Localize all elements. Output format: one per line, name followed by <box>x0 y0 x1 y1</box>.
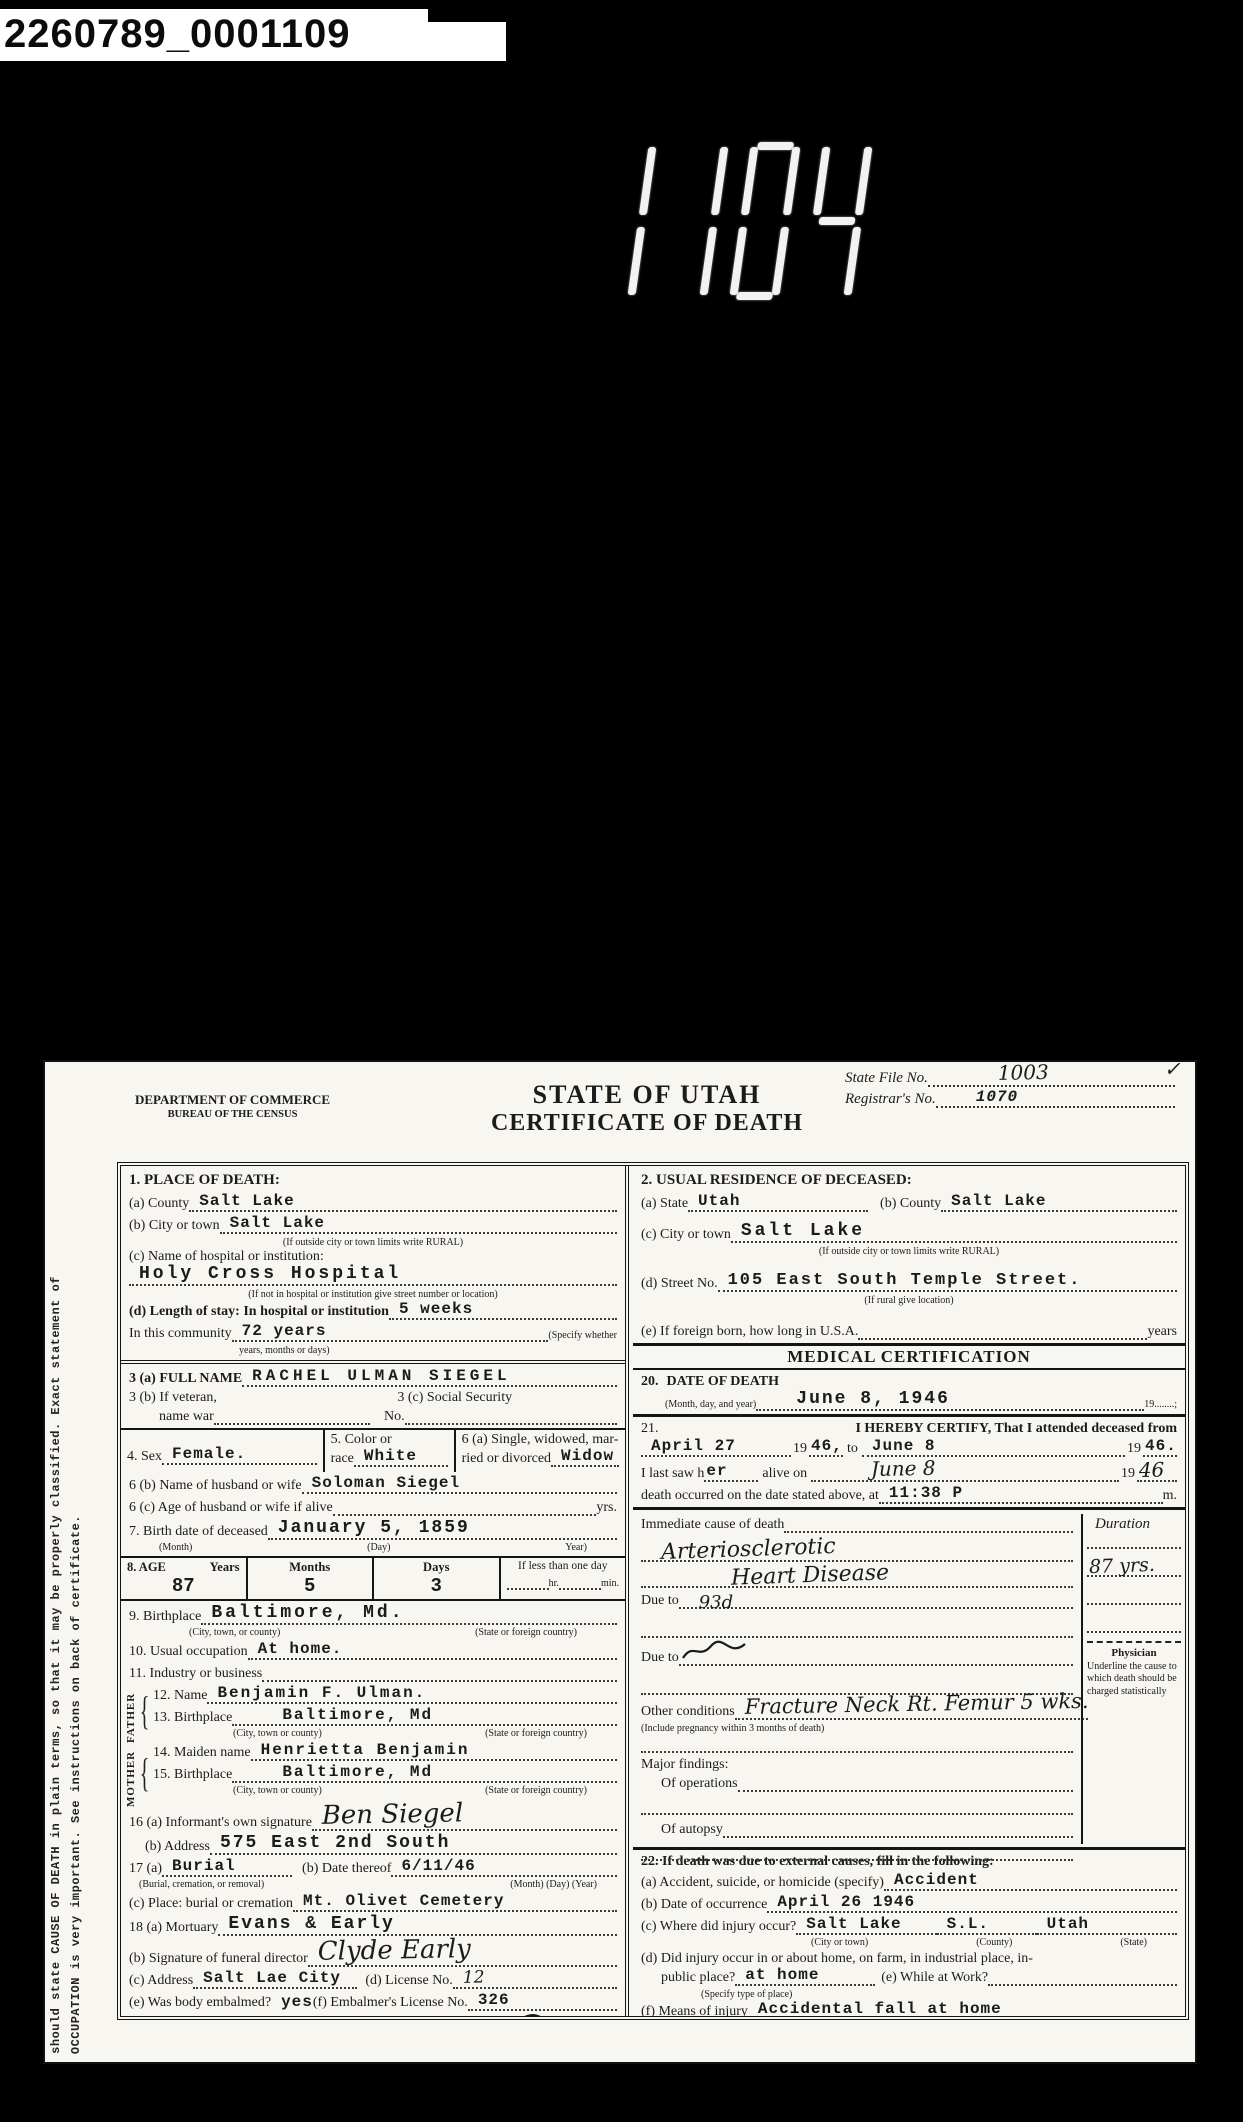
spouse-label: 6 (b) Name of husband or wife <box>129 1478 302 1494</box>
burial-place-label: (c) Place: burial or cremation <box>129 1896 293 1912</box>
res-county-value: Salt Lake <box>941 1193 1046 1210</box>
embalmer-label: (f) Embalmer's License No. <box>313 1995 468 2011</box>
dod-suffix: 19........; <box>1144 1399 1177 1411</box>
mother-bp-value: Baltimore, Md <box>232 1764 433 1781</box>
ext-c-county: S.L. <box>937 1916 989 1933</box>
age-days-cell: Days 3 <box>372 1558 499 1599</box>
ext-f-label: (f) Means of injury <box>641 2004 748 2020</box>
other-conditions-row: Other conditions Fracture Neck Rt. Femur… <box>641 1697 1073 1720</box>
birthdate-row: 7. Birth date of deceased January 5, 185… <box>129 1519 617 1540</box>
informant-sig-row: 16 (a) Informant's own signature Ben Sie… <box>129 1803 617 1831</box>
microfilm-scan-page: 2260789_0001109 should state CAUSE OF DE… <box>0 0 1243 2122</box>
informant-signature: Ben Siegel <box>311 1800 463 1829</box>
mortuary-value: Evans & Early <box>218 1915 394 1934</box>
dod-row: 20. DATE OF DEATH <box>641 1374 1177 1390</box>
immediate-cause-value2: Heart Disease <box>731 1560 890 1591</box>
burial-date-label: (b) Date thereof <box>292 1861 391 1877</box>
fullname-row: 3 (a) FULL NAME RACHEL ULMAN SIEGEL <box>129 1368 617 1387</box>
agency-bureau: BUREAU OF THE CENSUS <box>135 1108 330 1121</box>
industry-row: 11. Industry or business <box>129 1663 617 1682</box>
age-years-cell: 8. AGE Years 87 <box>121 1558 246 1599</box>
sex-value: Female. <box>162 1446 246 1463</box>
divider <box>633 1414 1185 1417</box>
scan-edge-notch <box>428 9 506 22</box>
city-note: (If outside city or town limits write RU… <box>129 1237 617 1249</box>
ext-a-label: (a) Accident, suicide, or homicide (spec… <box>641 1875 884 1891</box>
mother-name-value: Henrietta Benjamin <box>251 1742 470 1759</box>
registrar-signature-scribble <box>378 2014 578 2020</box>
county-row: (a) County Salt Lake <box>129 1193 617 1212</box>
stay-value: 5 weeks <box>389 1301 473 1318</box>
file-numbers: State File No. 1003 ✓ Registrar's No. 10… <box>845 1070 1175 1112</box>
parent-bp-note1: (City, town or county) <box>233 1728 322 1740</box>
marital-value: Widow <box>551 1448 614 1465</box>
age-years-label: Years <box>210 1560 240 1575</box>
duration-line <box>1087 1605 1181 1633</box>
mortuary-label: 18 (a) Mortuary <box>129 1920 218 1936</box>
community-row: In this community 72 years (Specify whet… <box>129 1323 617 1342</box>
age-days-value: 3 <box>380 1575 493 1597</box>
age-days-label: Days <box>423 1560 449 1575</box>
city-value: Salt Lake <box>220 1215 325 1232</box>
death-certificate: should state CAUSE OF DEATH in plain ter… <box>45 1062 1195 2062</box>
res-state-value: Utah <box>688 1193 740 1210</box>
ext-a-row: (a) Accident, suicide, or homicide (spec… <box>641 1872 1177 1891</box>
age-min-label: min. <box>601 1578 619 1590</box>
note-year: Year) <box>565 1542 587 1554</box>
occurred-row: death occurred on the date stated above,… <box>641 1485 1177 1504</box>
marital-cell: 6 (a) Single, widowed, mar- ried or divo… <box>454 1430 625 1472</box>
res-city-label: (c) City or town <box>641 1227 731 1243</box>
burial-type-note: (Burial, cremation, or removal) <box>139 1879 264 1891</box>
mother-side-label: MOTHER <box>125 1747 137 1807</box>
mother-bp-label: 15. Birthplace <box>153 1767 232 1783</box>
community-label: In this community <box>129 1326 232 1342</box>
residence-heading: 2. USUAL RESIDENCE OF DECEASED: <box>641 1172 1177 1189</box>
stay-row: (d) Length of stay: In hospital or insti… <box>129 1301 617 1320</box>
duration-line <box>1087 1533 1181 1549</box>
ext-d-value: at home <box>735 1967 819 1984</box>
agency-block: DEPARTMENT OF COMMERCE BUREAU OF THE CEN… <box>135 1092 330 1121</box>
cause-line: Arteriosclerotic <box>641 1536 1073 1562</box>
ext-c-note3: (State) <box>1120 1937 1147 1949</box>
res-street-label: (d) Street No. <box>641 1276 718 1292</box>
burial-date-value: 6/11/46 <box>391 1858 475 1875</box>
veteran-sub: name war <box>129 1409 214 1425</box>
year-prefix3: 19 <box>1119 1466 1137 1482</box>
color-cell: 5. Color or race White <box>323 1430 454 1472</box>
attended-from-year: 46, <box>809 1438 843 1455</box>
section-divider <box>121 1360 625 1364</box>
father-brace: { <box>140 1687 150 1734</box>
age-label: 8. AGE <box>127 1560 166 1575</box>
parents-side-labels: FATHER { MOTHER { <box>123 1685 145 1797</box>
dod-sub: (Month, day, and year) <box>641 1399 756 1411</box>
lastsaw-value: June 8 <box>811 1458 936 1480</box>
res-city-note: (If outside city or town limits write RU… <box>641 1246 1177 1258</box>
birthplace-row: 9. Birthplace Baltimore, Md. <box>129 1604 617 1625</box>
ext-a-value: Accident <box>884 1872 979 1889</box>
margin-note-outer: should state CAUSE OF DEATH in plain ter… <box>49 1276 63 2054</box>
spouse-value: Soloman Siegel <box>302 1475 460 1492</box>
lastsaw-year: 46 <box>1137 1460 1165 1480</box>
res-street-note: (If rural give location) <box>641 1295 1177 1307</box>
mother-name-label: 14. Maiden name <box>153 1745 251 1761</box>
physician-title: Physician <box>1087 1647 1181 1661</box>
burial-notes: (Burial, cremation, or removal) (Month) … <box>129 1879 617 1891</box>
director-sig-row: (b) Signature of funeral director Clyde … <box>129 1939 617 1967</box>
father-bp-label: 13. Birthplace <box>153 1710 232 1726</box>
ext-c-note2: (County) <box>976 1937 1012 1949</box>
industry-label: 11. Industry or business <box>129 1666 262 1682</box>
age-less-label: If less than one day <box>518 1560 607 1572</box>
scan-id-text: 2260789_0001109 <box>4 12 350 57</box>
marital-label: 6 (a) Single, widowed, mar- <box>462 1432 619 1448</box>
stay-note: (Specify whether <box>548 1330 617 1342</box>
embalmer-value: 326 <box>468 1992 510 2009</box>
informant-sig-label: 16 (a) Informant's own signature <box>129 1815 312 1831</box>
note-month: (Month) <box>159 1542 192 1554</box>
title-state: STATE OF UTAH <box>447 1080 847 1110</box>
operations-label: Of operations <box>641 1776 738 1792</box>
mother-brace: { <box>140 1749 150 1796</box>
registrar-no-value: 1070 <box>966 1089 1018 1106</box>
immediate-cause-value: Arteriosclerotic <box>661 1534 836 1565</box>
residence-state-row: (a) State Utah (b) County Salt Lake <box>641 1193 1177 1212</box>
hospital-row: Holy Cross Hospital <box>129 1265 617 1286</box>
foreign-suffix: years <box>1147 1324 1177 1340</box>
ext-c-note1: (City or town) <box>811 1937 868 1949</box>
ext-d-label2: public place? <box>641 1970 735 1986</box>
informant-addr-value: 575 East 2nd South <box>210 1834 450 1853</box>
dod-value: June 8, 1946 <box>756 1390 950 1409</box>
veteran-ssn-row2: name war No. <box>129 1406 617 1425</box>
counter-display <box>596 142 862 300</box>
age-years-value: 87 <box>127 1575 240 1597</box>
ext-b-label: (b) Date of occurrence <box>641 1897 767 1913</box>
occupation-label: 10. Usual occupation <box>129 1644 248 1660</box>
attended-to-value: June 8 <box>862 1438 936 1455</box>
birthplace-value: Baltimore, Md. <box>201 1604 404 1623</box>
burial-num-label: 17 (a) <box>129 1861 162 1877</box>
informant-addr-row: (b) Address 575 East 2nd South <box>129 1834 617 1855</box>
ext-c-city: Salt Lake <box>796 1916 901 1933</box>
lastsaw-row: I last saw h er alive on June 8 19 46 <box>641 1460 1177 1482</box>
sex-color-marital-band: 4. Sex Female. 5. Color or race White 6 … <box>121 1428 625 1472</box>
major-findings-label: Major findings: <box>641 1757 1073 1773</box>
burial-type-row: 17 (a) Burial (b) Date thereof 6/11/46 <box>129 1858 617 1877</box>
handwritten-scribble <box>679 1640 749 1664</box>
parent-bp-note2: (State or foreign country) <box>485 1728 587 1740</box>
cause-line <box>641 1735 1073 1753</box>
city-row: (b) City or town Salt Lake <box>129 1215 617 1234</box>
father-bp-notes: (City, town or county) (State or foreign… <box>153 1728 617 1740</box>
physician-note-text: Underline the cause to which death shoul… <box>1087 1661 1181 1699</box>
margin-note-inner: OCCUPATION is very important. See instru… <box>69 1515 83 2054</box>
age-table: 8. AGE Years 87 Months 5 Days 3 If <box>121 1556 625 1601</box>
burial-type-value: Burial <box>162 1858 236 1875</box>
other-conditions-value: Fracture Neck Rt. Femur 5 wks. <box>734 1691 1088 1718</box>
father-name-row: 12. Name Benjamin F. Ulman. <box>153 1685 617 1704</box>
occurred-suffix: m. <box>1163 1488 1177 1504</box>
cause-annotation: 93d <box>699 1592 733 1613</box>
county-value: Salt Lake <box>189 1193 294 1210</box>
duration-line <box>1087 1577 1181 1605</box>
year-prefix2: 19 <box>1125 1441 1143 1457</box>
age-hr-label: hr. <box>549 1578 559 1590</box>
spouse-age-label: 6 (c) Age of husband or wife if alive <box>129 1500 333 1516</box>
cause-of-death-block: Immediate cause of death Arterioscleroti… <box>641 1514 1177 1844</box>
parent-bp-note1b: (City, town or county) <box>233 1785 322 1797</box>
birthplace-label: 9. Birthplace <box>129 1609 201 1625</box>
informant-addr-label: (b) Address <box>129 1839 210 1855</box>
father-name-label: 12. Name <box>153 1688 207 1704</box>
cause-line: Heart Disease <box>641 1562 1073 1588</box>
county-label: (a) County <box>129 1196 189 1212</box>
due1-label: Due to <box>641 1593 679 1609</box>
burial-place-row: (c) Place: burial or cremation Mt. Olive… <box>129 1893 617 1912</box>
ext-e-label: (e) While at Work? <box>875 1970 988 1986</box>
dashed-divider <box>1087 1637 1181 1643</box>
dod-num: 20. <box>641 1374 659 1390</box>
community-note: years, months or days) <box>129 1345 617 1357</box>
director-addr-value: Salt Lae City <box>193 1970 341 1987</box>
spouse-age-suffix: yrs. <box>596 1500 617 1516</box>
duration-line: 87 yrs. <box>1087 1549 1181 1577</box>
occurred-value: 11:38 P <box>879 1485 963 1502</box>
mother-bp-row: 15. Birthplace Baltimore, Md <box>153 1764 617 1783</box>
due2-label: Due to <box>641 1650 679 1666</box>
ssn-label: 3 (c) Social Security <box>397 1390 512 1406</box>
due-to-2-row: Due to <box>641 1640 1073 1666</box>
res-city-value: Salt Lake <box>731 1222 865 1241</box>
spouse-age-row: 6 (c) Age of husband or wife if alive yr… <box>129 1497 617 1516</box>
embalmed-row: (e) Was body embalmed? yes (f) Embalmer'… <box>129 1992 617 2011</box>
marital-sub: ried or divorced <box>462 1451 551 1467</box>
birthplace-notes: (City, town, or county) (State or foreig… <box>129 1627 617 1639</box>
mortuary-row: 18 (a) Mortuary Evans & Early <box>129 1915 617 1936</box>
operations-row: Of operations <box>641 1773 1073 1792</box>
age-months-value: 5 <box>254 1575 367 1597</box>
ext-c-state: Utah <box>1037 1916 1089 1933</box>
burial-date-note: (Month) (Day) (Year) <box>510 1879 597 1891</box>
director-signature: Clyde Early <box>307 1936 471 1965</box>
cause-line <box>641 1841 1073 1861</box>
attended-row: April 27 19 46, to June 8 19 46. <box>641 1438 1177 1457</box>
left-column: 1. PLACE OF DEATH: (a) County Salt Lake … <box>121 1166 629 2016</box>
duration-value: 87 yrs. <box>1089 1554 1156 1578</box>
res-street-value: 105 East South Temple Street. <box>718 1272 1082 1290</box>
registrar-no-line: 1070 <box>936 1092 1175 1108</box>
burial-place-value: Mt. Olivet Cemetery <box>293 1893 504 1910</box>
ext-c-row: (c) Where did injury occur? Salt Lake S.… <box>641 1916 1177 1935</box>
state-file-value: 1003 <box>988 1062 1049 1083</box>
bp-note1: (City, town, or county) <box>189 1627 280 1639</box>
director-addr-label: (c) Address <box>129 1973 193 1989</box>
autopsy-row: Of autopsy <box>641 1819 1073 1838</box>
veteran-label: 3 (b) If veteran, <box>129 1390 397 1406</box>
birthdate-value: January 5, 1859 <box>268 1519 470 1538</box>
checkmark: ✓ <box>1154 1059 1181 1079</box>
other-conditions-label: Other conditions <box>641 1704 735 1720</box>
spouse-row: 6 (b) Name of husband or wife Soloman Si… <box>129 1475 617 1494</box>
certify-num: 21. <box>641 1421 659 1437</box>
immediate-cause-row: Immediate cause of death <box>641 1514 1073 1533</box>
lastsaw-alive: alive on <box>758 1466 811 1482</box>
occupation-row: 10. Usual occupation At home. <box>129 1641 617 1660</box>
autopsy-label: Of autopsy <box>641 1822 723 1838</box>
ext-b-row: (b) Date of occurrence April 26 1946 <box>641 1894 1177 1913</box>
dod-value-row: (Month, day, and year) June 8, 1946 19..… <box>641 1390 1177 1411</box>
license-label: (d) License No. <box>357 1973 452 1989</box>
city-label: (b) City or town <box>129 1218 220 1234</box>
ext-d-label: (d) Did injury occur in or about home, o… <box>641 1951 1177 1967</box>
ext-c-notes: (City or town) (County) (State) <box>641 1937 1177 1949</box>
sex-label: 4. Sex <box>127 1449 162 1465</box>
director-sig-label: (b) Signature of funeral director <box>129 1951 308 1967</box>
mother-name-row: 14. Maiden name Henrietta Benjamin <box>153 1742 617 1761</box>
ssn-sub: No. <box>370 1409 405 1425</box>
parent-bp-note2b: (State or foreign country) <box>485 1785 587 1797</box>
license-value: 12 <box>453 1969 485 1987</box>
received-row: 19 (a) June 11,1946 (b) <box>129 2014 617 2020</box>
ext-f-value: Accidental fall at home <box>748 2001 1002 2018</box>
attended-from-value: April 27 <box>641 1438 736 1455</box>
hospital-label: (c) Name of hospital or institution: <box>129 1249 617 1265</box>
year-prefix1: 19 <box>791 1441 809 1457</box>
other-conditions-note: (Include pregnancy within 3 months of de… <box>641 1723 1073 1735</box>
mother-bp-notes: (City, town or county) (State or foreign… <box>153 1785 617 1797</box>
agency-name: DEPARTMENT OF COMMERCE <box>135 1092 330 1108</box>
ext-f-row: (f) Means of injury Accidental fall at h… <box>641 2001 1177 2020</box>
note-day: (Day) <box>367 1542 390 1554</box>
color-sub: race <box>331 1451 354 1467</box>
parents-section: FATHER { MOTHER { 12. Name Benjamin F. U… <box>129 1685 617 1797</box>
foreign-born-row: (e) If foreign born, how long in U.S.A. … <box>641 1321 1177 1340</box>
father-bp-value: Baltimore, Md <box>232 1707 433 1724</box>
scan-id-bar: 2260789_0001109 <box>0 9 506 61</box>
lastsaw-er: er <box>704 1463 727 1480</box>
dod-label: DATE OF DEATH <box>659 1374 780 1390</box>
residence-street-row: (d) Street No. 105 East South Temple Str… <box>641 1272 1177 1292</box>
stay-label: (d) Length of stay: In hospital or insti… <box>129 1304 389 1320</box>
res-county-label: (b) County <box>868 1196 941 1212</box>
due-to-1-row: Due to 93d <box>641 1590 1073 1609</box>
director-addr-row: (c) Address Salt Lae City (d) License No… <box>129 1970 617 1989</box>
age-months-label: Months <box>289 1560 330 1575</box>
lastsaw-label: I last saw h <box>641 1466 704 1482</box>
immediate-cause-label: Immediate cause of death <box>641 1517 784 1533</box>
res-state-label: (a) State <box>641 1196 688 1212</box>
to-label: to <box>843 1441 862 1457</box>
hospital-note: (If not in hospital or institution give … <box>129 1289 617 1301</box>
residence-city-row: (c) City or town Salt Lake <box>641 1222 1177 1243</box>
physician-note: Physician Underline the cause to which d… <box>1087 1647 1181 1698</box>
ext-b-value: April 26 1946 <box>767 1894 915 1911</box>
age-less-cell: If less than one day hr. min. <box>499 1558 626 1599</box>
bp-note2: (State or foreign country) <box>475 1627 577 1639</box>
duration-column: Duration 87 yrs. Physician Underline the… <box>1081 1514 1185 1844</box>
occupation-value: At home. <box>248 1641 343 1658</box>
father-side-label: FATHER <box>125 1685 137 1743</box>
father-name-value: Benjamin F. Ulman. <box>207 1685 426 1702</box>
embalmed-value: yes <box>271 1994 313 2011</box>
hospital-value: Holy Cross Hospital <box>129 1265 401 1284</box>
certify-row: 21. I HEREBY CERTIFY, That I attended de… <box>641 1421 1177 1437</box>
state-file-line: 1003 ✓ <box>928 1071 1175 1087</box>
ext-d-row: public place? at home (e) While at Work? <box>641 1967 1177 1986</box>
occurred-label: death occurred on the date stated above,… <box>641 1488 879 1504</box>
cause-line <box>641 1612 1073 1638</box>
state-file-label: State File No. <box>845 1070 928 1087</box>
right-column: 2. USUAL RESIDENCE OF DECEASED: (a) Stat… <box>633 1166 1185 2016</box>
divider <box>633 1507 1185 1510</box>
color-value: White <box>354 1448 417 1465</box>
father-bp-row: 13. Birthplace Baltimore, Md <box>153 1707 617 1726</box>
duration-label: Duration <box>1087 1516 1181 1533</box>
cause-line <box>641 1795 1073 1815</box>
birthdate-label: 7. Birth date of deceased <box>129 1524 268 1540</box>
sex-cell: 4. Sex Female. <box>121 1430 323 1472</box>
medical-certification-heading: MEDICAL CERTIFICATION <box>633 1343 1185 1370</box>
birthdate-notes: (Month) (Day) Year) <box>129 1542 617 1554</box>
veteran-ssn-row: 3 (b) If veteran, 3 (c) Social Security <box>129 1390 617 1406</box>
ext-c-label: (c) Where did injury occur? <box>641 1919 796 1935</box>
fullname-label: 3 (a) FULL NAME <box>129 1371 242 1387</box>
embalmed-label: (e) Was body embalmed? <box>129 1995 271 2011</box>
cause-left: Immediate cause of death Arterioscleroti… <box>641 1514 1073 1861</box>
community-value: 72 years <box>232 1323 327 1340</box>
title-doc: CERTIFICATE OF DEATH <box>447 1110 847 1137</box>
attended-to-year: 46. <box>1143 1438 1177 1455</box>
form-box: 1. PLACE OF DEATH: (a) County Salt Lake … <box>117 1162 1189 2020</box>
age-months-cell: Months 5 <box>246 1558 373 1599</box>
certificate-header: DEPARTMENT OF COMMERCE BUREAU OF THE CEN… <box>117 1070 1181 1162</box>
color-label: 5. Color or <box>331 1432 448 1448</box>
registrar-no-label: Registrar's No. <box>845 1091 936 1108</box>
certify-text: I HEREBY CERTIFY, That I attended deceas… <box>659 1421 1178 1437</box>
place-of-death-heading: 1. PLACE OF DEATH: <box>129 1172 617 1189</box>
certificate-title: STATE OF UTAH CERTIFICATE OF DEATH <box>447 1080 847 1137</box>
fullname-value: RACHEL ULMAN SIEGEL <box>242 1368 510 1385</box>
foreign-label: (e) If foreign born, how long in U.S.A. <box>641 1324 858 1340</box>
